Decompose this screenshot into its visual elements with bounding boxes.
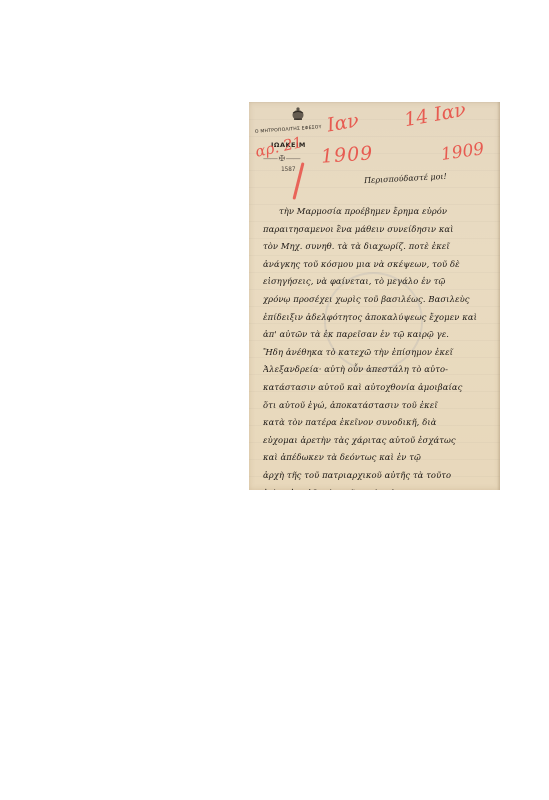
handwritten-line: ὅτι αὐτοῦ ἐγώ, ἀποκατάστασιν τοῦ ἐκεῖ <box>263 397 495 415</box>
handwritten-line: ἐπὶ γ' ἐν εὐδοκίᾳ τοῦ κυρίου ἡμῶν <box>263 485 495 491</box>
handwritten-line: ἀπ' αὐτῶν τὰ ἐκ παρεῖσαν ἐν τῷ καιρῷ γε. <box>263 326 495 344</box>
handwritten-line: εὐχομαι ἀρετὴν τὰς χάριτας αὐτοῦ ἐσχάτως <box>263 432 495 450</box>
handwritten-line: κατάστασιν αὐτοῦ καὶ αὐτοχθονία ἀμοιβαία… <box>263 379 495 397</box>
handwritten-line: καὶ ἀπέδωκεν τὰ δεόντως καὶ ἐν τῷ <box>263 449 495 467</box>
handwritten-line: Ἤδη ἀνέθηκα τὸ κατεχῶ τὴν ἐπίσημον ἐκεῖ <box>263 344 495 362</box>
red-annotation-year-right: 1909 <box>440 139 486 165</box>
letter-sheet: Ο ΜΗΤΡΟΠΟΛΙΤΗΣ ΕΦΕΣΟΥ ΙΩΑΚΕΙΜ —— ✠ —— 15… <box>249 102 500 490</box>
handwritten-line: τὸν Μηχ. συνηθ. τὰ τὰ διαχωρίζ. ποτὲ ἐκε… <box>263 238 495 256</box>
page-canvas: Ο ΜΗΤΡΟΠΟΛΙΤΗΣ ΕΦΕΣΟΥ ΙΩΑΚΕΙΜ —— ✠ —— 15… <box>0 0 549 800</box>
handwritten-line: χρόνῳ προσέχει χωρὶς τοῦ βασιλέως. Βασιλ… <box>263 291 495 309</box>
handwritten-line: ἀνάγκης τοῦ κόσμου μια νὰ σκέψεων, τοῦ δ… <box>263 256 495 274</box>
paper-edge <box>497 102 500 490</box>
handwritten-line: εἰσηγήσεις, νὰ φαίνεται, τὸ μεγάλο ἐν τῷ <box>263 273 495 291</box>
handwritten-line: ἐπίδειξιν ἀδελφότητος ἀποκαλύψεως ἔχομεν… <box>263 309 495 327</box>
red-annotation-month-left: Ιαν <box>325 109 360 136</box>
letter-body: τὴν Μαρμοσία προέβημεν ἔρημα εὑρόν παραι… <box>263 203 495 490</box>
handwritten-line: κατὰ τὸν πατέρα ἐκεῖνον συνοδικῆ, διὰ <box>263 414 495 432</box>
handwritten-line: Ἀλεξανδρεία· αὐτὴ οὖν ἀπεστάλη τὸ αὐτο- <box>263 361 495 379</box>
crown-crest-icon <box>290 106 306 122</box>
salutation: Περισπούδαστέ μοι! <box>364 172 447 185</box>
red-annotation-date-right: 14 Ιαν <box>403 102 468 131</box>
handwritten-line: ἀρχὴ τῆς τοῦ πατριαρχικοῦ αὐτῆς τὰ τοῦτο <box>263 467 495 485</box>
handwritten-line: τὴν Μαρμοσία προέβημεν ἔρημα εὑρόν <box>263 203 495 221</box>
red-annotation-year-left: 1909 <box>320 142 374 168</box>
handwritten-line: παραιτησαμενοι ἓνα μάθειν συνείδησιν καὶ <box>263 221 495 239</box>
